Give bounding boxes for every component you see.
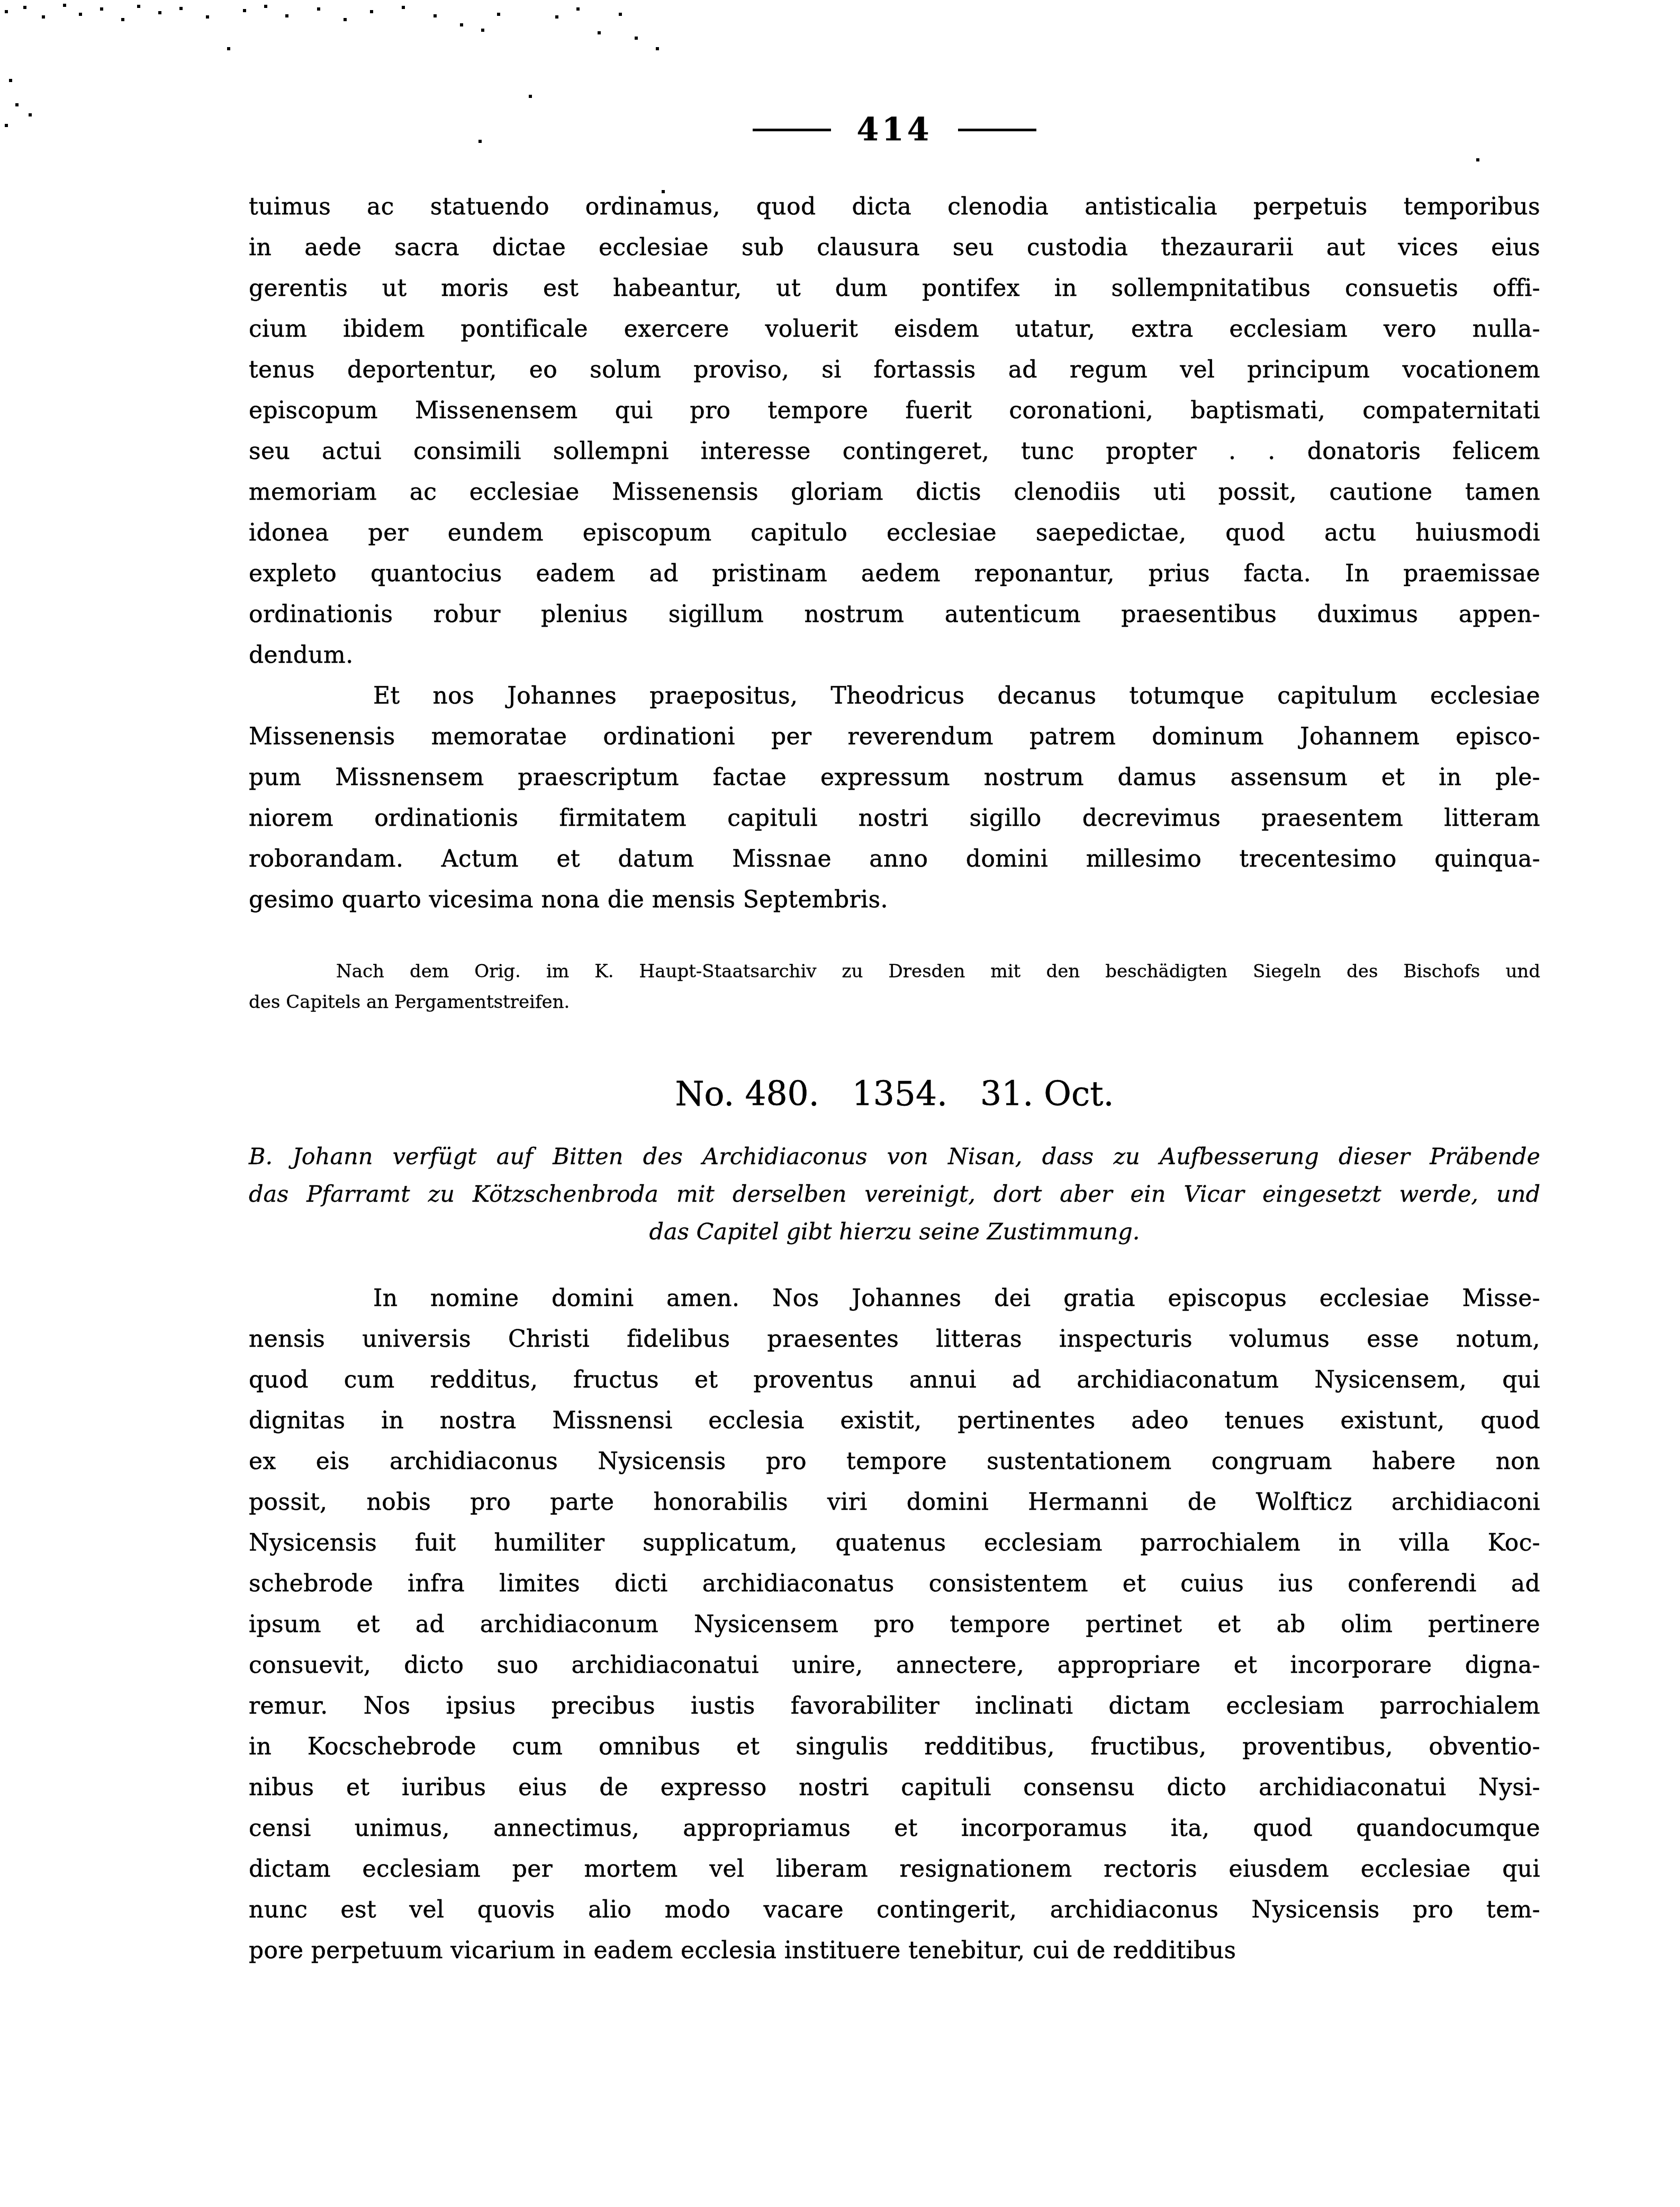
- entry-number: No. 480.: [675, 1075, 819, 1113]
- scan-noise-specks: [0, 0, 2, 2]
- text-line: nunc est vel quovis alio modo vacare con…: [249, 1889, 1540, 1930]
- entry-heading: No. 480. 1354. 31. Oct.: [249, 1075, 1540, 1113]
- text-line: in Kocschebrode cum omnibus et singulis …: [249, 1726, 1540, 1767]
- latin-paragraph-1: tuimus ac statuendo ordinamus, quod dict…: [249, 186, 1540, 675]
- entry-date: 31. Oct.: [980, 1075, 1114, 1113]
- text-line: tuimus ac statuendo ordinamus, quod dict…: [249, 186, 1540, 227]
- text-line: des Capitels an Pergamentstreifen.: [249, 987, 1540, 1017]
- text-line: expleto quantocius eadem ad pristinam ae…: [249, 553, 1540, 594]
- text-line: nensis universis Christi fidelibus praes…: [249, 1319, 1540, 1359]
- text-line: ex eis archidiaconus Nysicensis pro temp…: [249, 1441, 1540, 1482]
- text-line: cium ibidem pontificale exercere volueri…: [249, 309, 1540, 349]
- scanned-book-page: 414 tuimus ac statuendo ordinamus, quod …: [0, 0, 1680, 2207]
- text-line: memoriam ac ecclesiae Missenensis gloria…: [249, 472, 1540, 512]
- page-number: 414: [856, 111, 932, 148]
- text-line: das Capitel gibt hierzu seine Zustimmung…: [249, 1213, 1540, 1251]
- text-line: B. Johann verfügt auf Bitten des Archidi…: [249, 1138, 1540, 1176]
- text-line: In nomine domini amen. Nos Johannes dei …: [249, 1278, 1540, 1319]
- text-line: seu actui consimili sollempni interesse …: [249, 431, 1540, 472]
- text-line: niorem ordinationis firmitatem capituli …: [249, 798, 1540, 839]
- page-header: 414: [249, 106, 1540, 154]
- text-line: consuevit, dicto suo archidiaconatui uni…: [249, 1645, 1540, 1686]
- text-line: dictam ecclesiam per mortem vel liberam …: [249, 1849, 1540, 1889]
- text-line: Nysicensis fuit humiliter supplicatum, q…: [249, 1523, 1540, 1563]
- text-line: idonea per eundem episcopum capitulo ecc…: [249, 512, 1540, 553]
- text-line: censi unimus, annectimus, appropriamus e…: [249, 1808, 1540, 1849]
- text-line: quod cum redditus, fructus et proventus …: [249, 1359, 1540, 1400]
- text-line: schebrode infra limites dicti archidiaco…: [249, 1563, 1540, 1604]
- header-rule-right-icon: [958, 129, 1036, 131]
- entry-480-body: In nomine domini amen. Nos Johannes dei …: [249, 1278, 1540, 1971]
- entry-summary: B. Johann verfügt auf Bitten des Archidi…: [249, 1138, 1540, 1251]
- source-note: Nach dem Orig. im K. Haupt-Staatsarchiv …: [249, 956, 1540, 1017]
- entry-479-continuation: tuimus ac statuendo ordinamus, quod dict…: [249, 186, 1540, 920]
- text-line: remur. Nos ipsius precibus iustis favora…: [249, 1686, 1540, 1726]
- text-line: dignitas in nostra Missnensi ecclesia ex…: [249, 1400, 1540, 1441]
- text-line: Missenensis memoratae ordinationi per re…: [249, 716, 1540, 757]
- text-line: pum Missnensem praescriptum factae expre…: [249, 757, 1540, 798]
- entry-year: 1354.: [852, 1075, 947, 1113]
- text-line: nibus et iuribus eius de expresso nostri…: [249, 1767, 1540, 1808]
- text-line: gesimo quarto vicesima nona die mensis S…: [249, 879, 1540, 920]
- text-line: possit, nobis pro parte honorabilis viri…: [249, 1482, 1540, 1523]
- text-line: gerentis ut moris est habeantur, ut dum …: [249, 268, 1540, 309]
- text-line: das Pfarramt zu Kötzschenbroda mit derse…: [249, 1176, 1540, 1213]
- text-line: roborandam. Actum et datum Missnae anno …: [249, 839, 1540, 879]
- text-line: pore perpetuum vicarium in eadem ecclesi…: [249, 1930, 1540, 1971]
- text-line: Et nos Johannes praepositus, Theodricus …: [249, 675, 1540, 716]
- header-rule-left-icon: [753, 129, 831, 131]
- text-line: dendum.: [249, 635, 1540, 675]
- text-line: tenus deportentur, eo solum proviso, si …: [249, 349, 1540, 390]
- text-line: Nach dem Orig. im K. Haupt-Staatsarchiv …: [249, 956, 1540, 987]
- text-line: ordinationis robur plenius sigillum nost…: [249, 594, 1540, 635]
- text-line: ipsum et ad archidiaconum Nysicensem pro…: [249, 1604, 1540, 1645]
- text-line: episcopum Missenensem qui pro tempore fu…: [249, 390, 1540, 431]
- latin-paragraph-2: Et nos Johannes praepositus, Theodricus …: [249, 675, 1540, 920]
- text-line: in aede sacra dictae ecclesiae sub claus…: [249, 227, 1540, 268]
